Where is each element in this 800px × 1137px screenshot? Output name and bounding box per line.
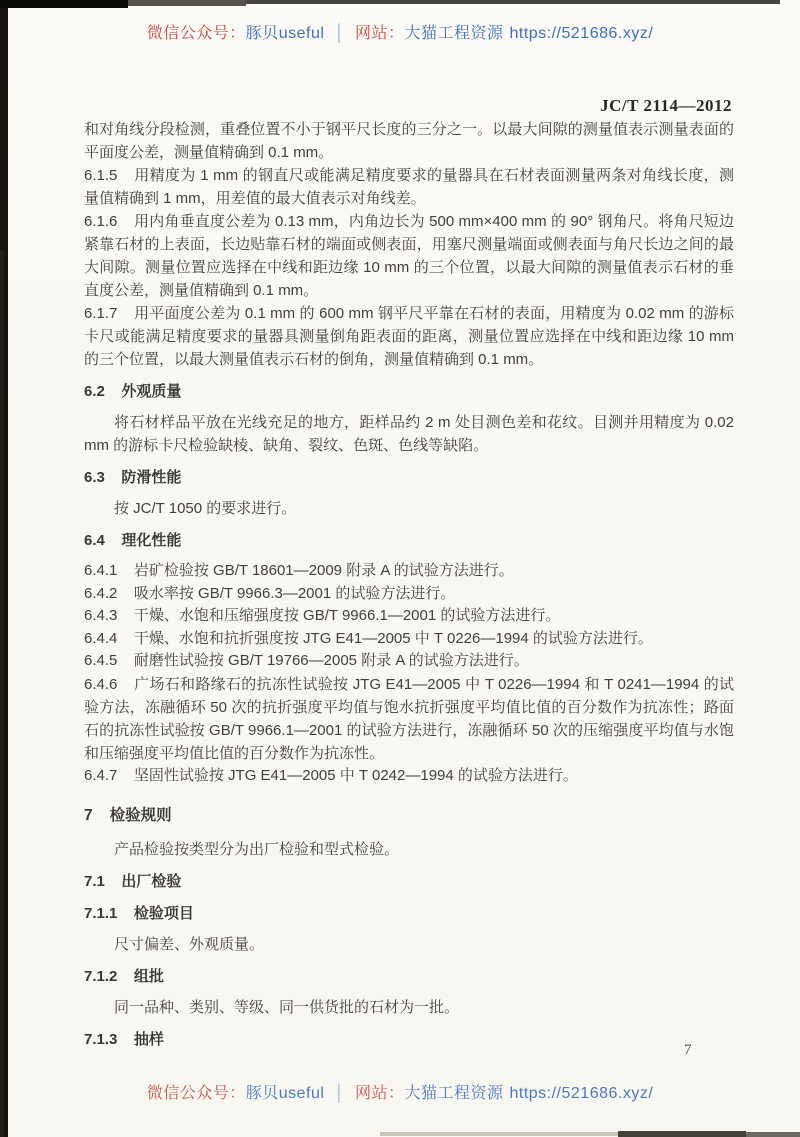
paragraph-text: 广场石和路缘石的抗冻性试验按 JTG E41—2005 中 T 0226—199… [84,676,734,762]
paragraph: 产品检验按类型分为出厂检验和型式检验。 [84,838,734,861]
paragraph-text: 耐磨性试验按 GB/T 19766—2005 附录 A 的试验方法进行。 [134,652,529,669]
watermark-site-name: 大猫工程资源 [404,25,503,42]
clause-number: 6.4.7 [84,767,134,784]
paragraph-text: 将石材样品平放在光线充足的地方，距样品约 2 m 处目测色差和花纹。目测并用精度… [84,414,734,454]
footer-watermark: 微信公众号：豚贝useful│网站：大猫工程资源https://521686.x… [0,1080,800,1103]
paragraph: 6.4.5耐磨性试验按 GB/T 19766—2005 附录 A 的试验方法进行… [84,650,734,673]
header-watermark: 微信公众号：豚贝useful│网站：大猫工程资源https://521686.x… [0,20,800,43]
paragraph-text: 按 JC/T 1050 的要求进行。 [114,500,296,517]
watermark-wechat-account: 豚贝useful [246,1085,325,1102]
scan-artifact-left-edge-thin [0,250,4,1137]
paragraph: 6.4.6广场石和路缘石的抗冻性试验按 JTG E41—2005 中 T 022… [84,673,734,765]
clause-number: 7.1.3 [84,1031,134,1048]
clause-number: 6.4.4 [84,630,134,647]
document-body: 和对角线分段检测，重叠位置不小于钢平尺长度的三分之一。以最大间隙的测量值表示测量… [84,118,734,1059]
watermark-wechat-label: 微信公众号： [147,25,246,42]
watermark-site-label: 网站： [355,1085,405,1102]
section-heading: 7检验规则 [84,804,734,827]
clause-number: 6.4.5 [84,652,134,669]
paragraph-text: 外观质量 [121,383,181,400]
clause-number: 7.1.2 [84,968,134,985]
paragraph-text: 和对角线分段检测，重叠位置不小于钢平尺长度的三分之一。以最大间隙的测量值表示测量… [84,121,734,161]
paragraph-text: 同一品种、类别、等级、同一供货批的石材为一批。 [114,999,459,1016]
page-number: 7 [684,1042,692,1059]
document-page: 微信公众号：豚贝useful│网站：大猫工程资源https://521686.x… [0,0,800,1137]
section-heading: 7.1.3抽样 [84,1028,734,1051]
paragraph-text: 用内角垂直度公差为 0.13 mm，内角边长为 500 mm×400 mm 的 … [84,213,734,299]
paragraph: 同一品种、类别、等级、同一供货批的石材为一批。 [84,996,734,1019]
clause-number: 6.4.2 [84,585,134,602]
watermark-site-name: 大猫工程资源 [404,1085,503,1102]
paragraph-text: 用平面度公差为 0.1 mm 的 600 mm 钢平尺平靠在石材的表面，用精度为… [84,305,734,368]
clause-number: 7 [84,807,110,824]
watermark-divider: │ [324,1085,355,1102]
paragraph: 6.1.5用精度为 1 mm 的钢直尺或能满足精度要求的量器具在石材表面测量两条… [84,164,734,210]
paragraph: 6.1.6用内角垂直度公差为 0.13 mm，内角边长为 500 mm×400 … [84,210,734,302]
scan-artifact-bottom-edge-dark [618,1131,746,1137]
clause-number: 6.4 [84,532,121,549]
paragraph: 按 JC/T 1050 的要求进行。 [84,497,734,520]
section-heading: 7.1.1检验项目 [84,902,734,925]
clause-number: 6.4.3 [84,607,134,624]
standard-number: JC/T 2114—2012 [600,96,732,116]
clause-number: 6.3 [84,469,121,486]
section-heading: 6.3防滑性能 [84,466,734,489]
section-heading: 7.1.2组批 [84,965,734,988]
paragraph-text: 检验项目 [134,905,194,922]
paragraph: 和对角线分段检测，重叠位置不小于钢平尺长度的三分之一。以最大间隙的测量值表示测量… [84,118,734,164]
clause-number: 6.1.7 [84,305,134,322]
paragraph-text: 抽样 [134,1031,164,1048]
paragraph-text: 坚固性试验按 JTG E41—2005 中 T 0242—1994 的试验方法进… [134,767,578,784]
paragraph: 6.4.2吸水率按 GB/T 9966.3—2001 的试验方法进行。 [84,583,734,606]
clause-number: 7.1.1 [84,905,134,922]
paragraph-text: 检验规则 [110,807,172,824]
paragraph-text: 用精度为 1 mm 的钢直尺或能满足精度要求的量器具在石材表面测量两条对角线长度… [84,167,734,207]
clause-number: 6.4.6 [84,676,134,693]
paragraph-text: 防滑性能 [121,469,181,486]
paragraph-text: 理化性能 [121,532,181,549]
clause-number: 6.2 [84,383,121,400]
paragraph-text: 组批 [134,968,164,985]
watermark-site-url: https://521686.xyz/ [503,1085,653,1102]
paragraph-text: 干燥、水饱和抗折强度按 JTG E41—2005 中 T 0226—1994 的… [134,630,653,647]
paragraph: 6.4.3干燥、水饱和压缩强度按 GB/T 9966.1—2001 的试验方法进… [84,605,734,628]
paragraph: 6.4.4干燥、水饱和抗折强度按 JTG E41—2005 中 T 0226—1… [84,628,734,651]
paragraph: 6.4.1岩矿检验按 GB/T 18601—2009 附录 A 的试验方法进行。 [84,560,734,583]
scan-artifact-bottom-edge-light [380,1132,800,1136]
paragraph-text: 产品检验按类型分为出厂检验和型式检验。 [114,841,399,858]
clause-number: 6.4.1 [84,562,134,579]
paragraph: 6.4.7坚固性试验按 JTG E41—2005 中 T 0242—1994 的… [84,765,734,788]
section-heading: 6.4理化性能 [84,529,734,552]
paragraph: 6.1.7用平面度公差为 0.1 mm 的 600 mm 钢平尺平靠在石材的表面… [84,302,734,371]
clause-number: 6.1.5 [84,167,134,184]
clause-number: 6.1.6 [84,213,134,230]
watermark-wechat-label: 微信公众号： [147,1085,246,1102]
watermark-site-url: https://521686.xyz/ [503,25,653,42]
watermark-wechat-account: 豚贝useful [246,25,325,42]
paragraph-text: 吸水率按 GB/T 9966.3—2001 的试验方法进行。 [134,585,455,602]
scan-artifact-top-left-corner-light [128,0,246,6]
scan-artifact-bottom-edge-right [746,1132,800,1137]
scan-artifact-top-edge [0,0,780,4]
paragraph-text: 出厂检验 [121,873,181,890]
watermark-divider: │ [324,25,355,42]
paragraph-text: 干燥、水饱和压缩强度按 GB/T 9966.1—2001 的试验方法进行。 [134,607,560,624]
scan-artifact-top-left-corner [0,0,128,8]
scan-artifact-left-edge [0,0,8,1137]
clause-number: 7.1 [84,873,121,890]
watermark-site-label: 网站： [355,25,405,42]
paragraph-text: 尺寸偏差、外观质量。 [114,936,264,953]
section-heading: 7.1出厂检验 [84,870,734,893]
paragraph: 尺寸偏差、外观质量。 [84,933,734,956]
paragraph: 将石材样品平放在光线充足的地方，距样品约 2 m 处目测色差和花纹。目测并用精度… [84,411,734,457]
section-heading: 6.2外观质量 [84,380,734,403]
paragraph-text: 岩矿检验按 GB/T 18601—2009 附录 A 的试验方法进行。 [134,562,514,579]
